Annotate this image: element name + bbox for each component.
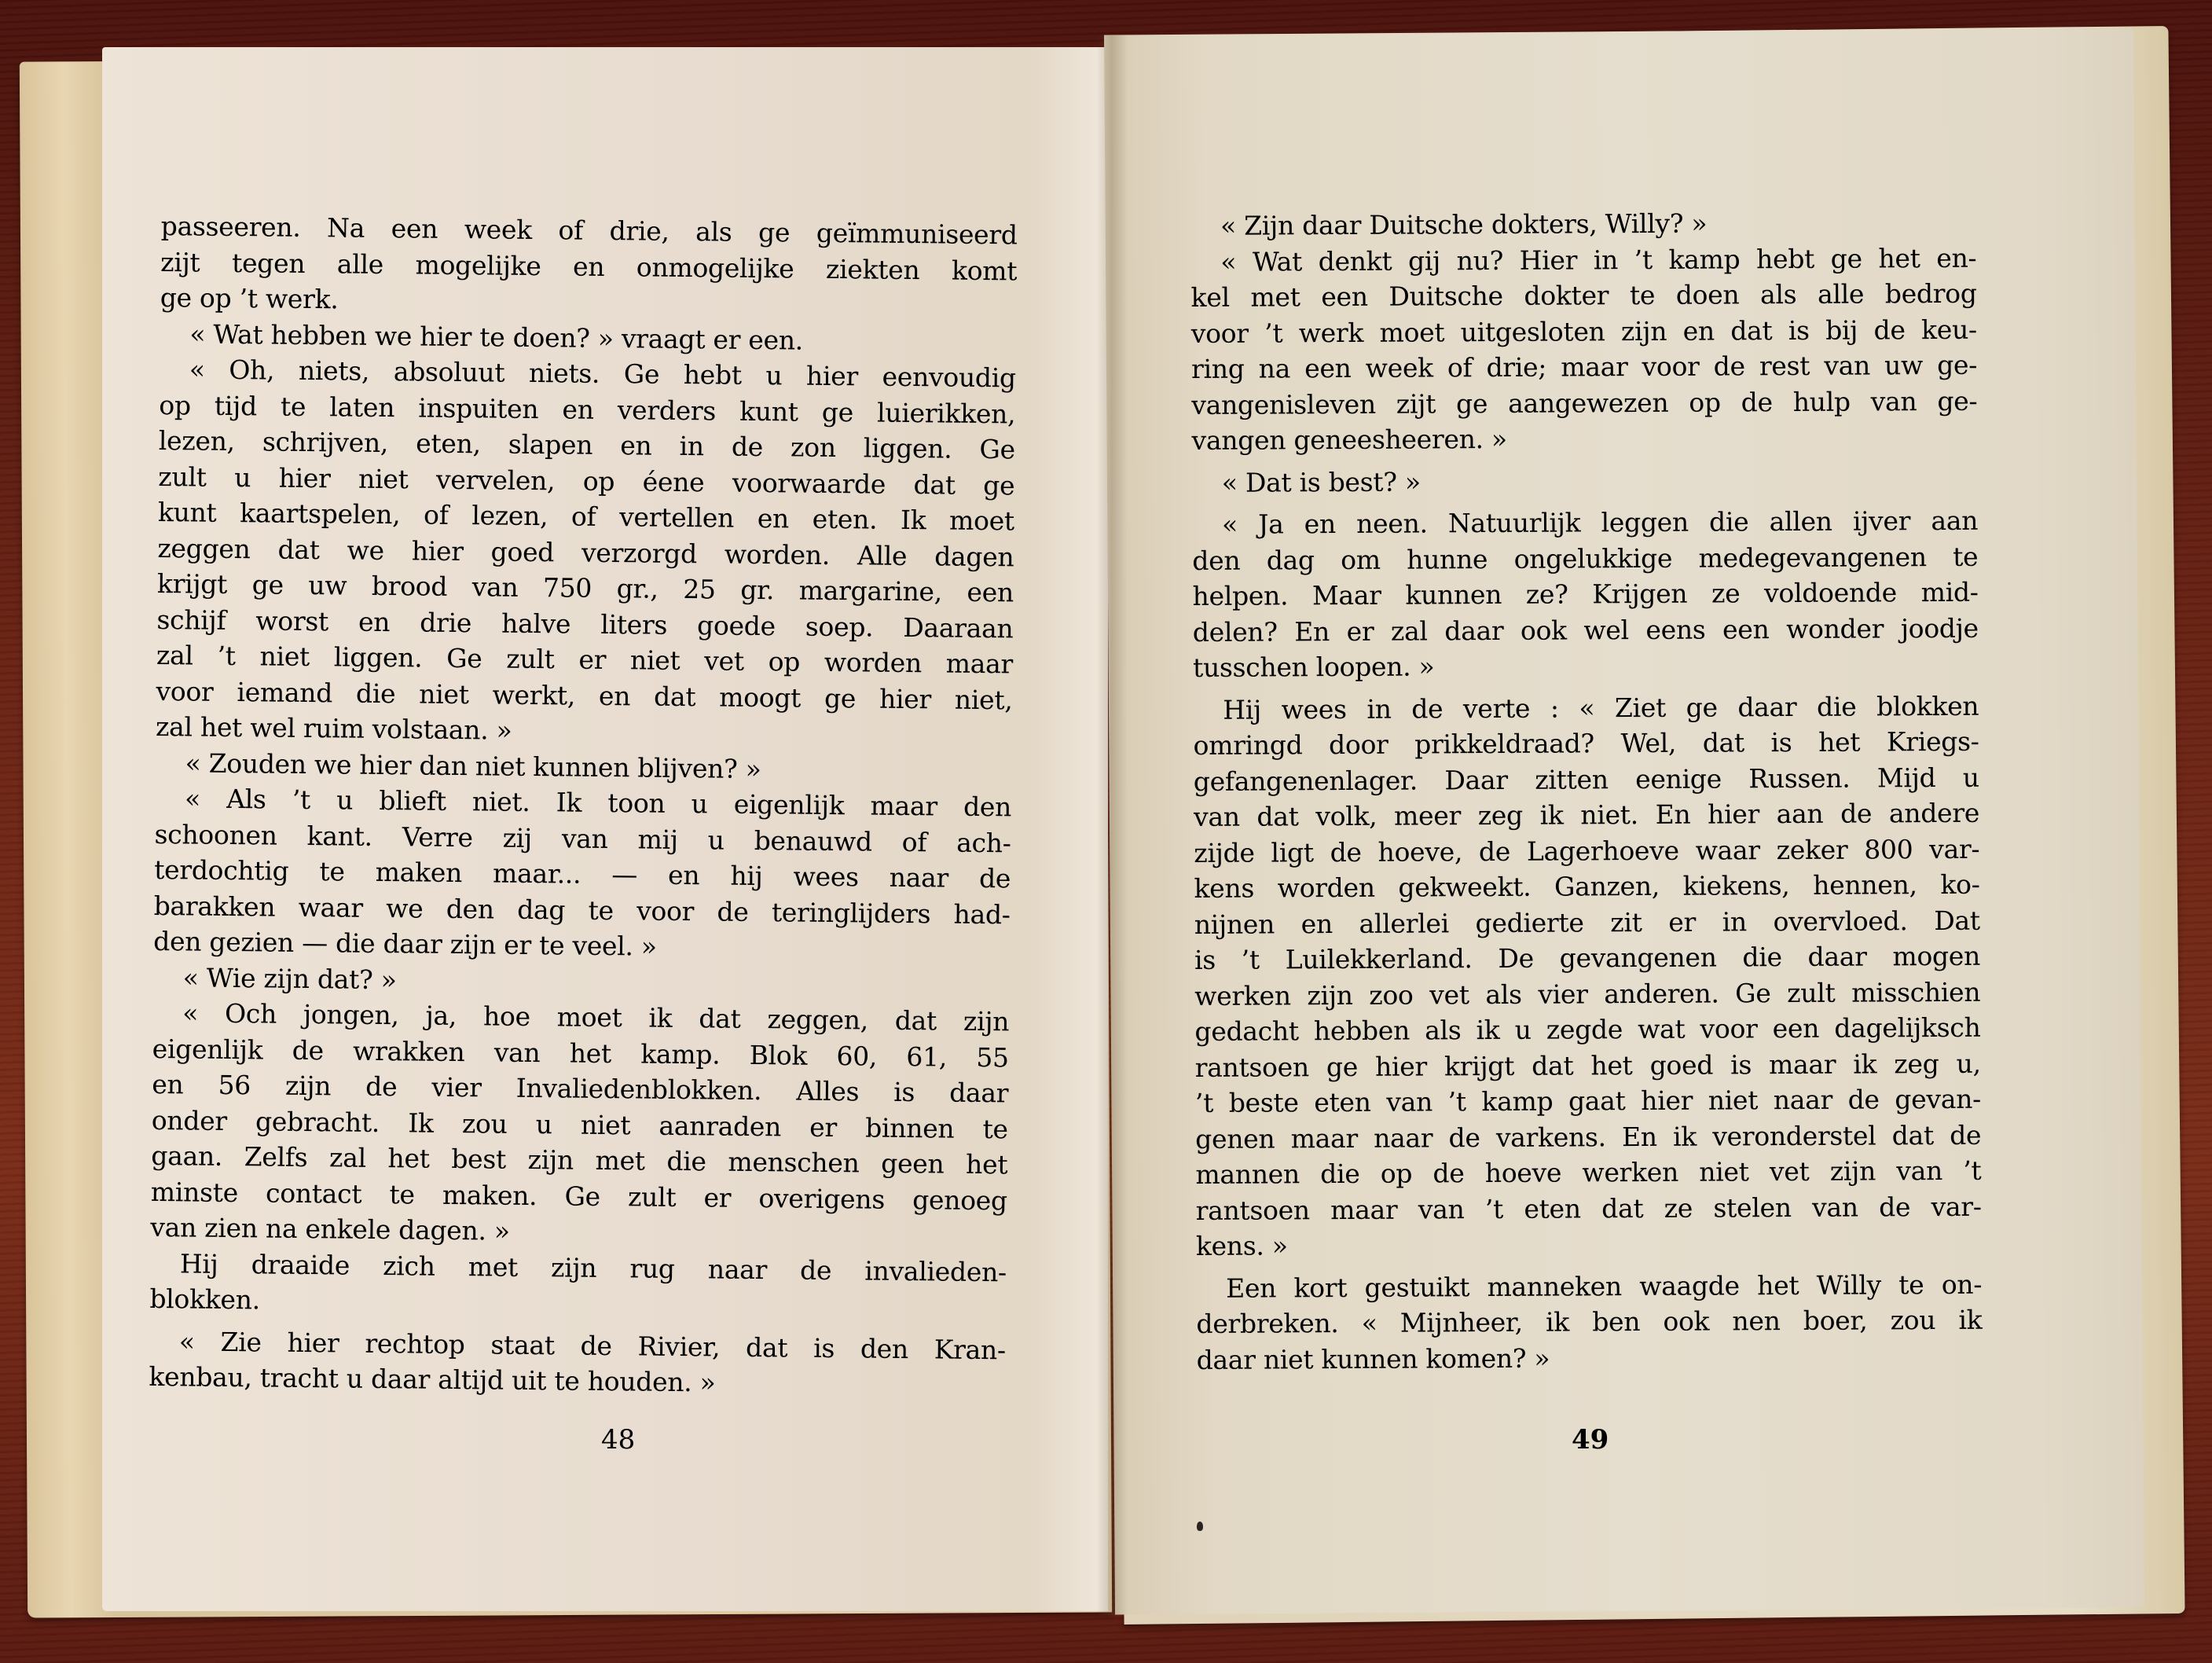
text-line: van dat volk, meer zeg ik niet. En hier … xyxy=(1194,795,1979,835)
text-line: ring na een week of drie; maar voor de r… xyxy=(1191,347,1977,387)
text-line: genen maar naar de varkens. En ik verond… xyxy=(1195,1117,1981,1157)
text-line: werken zijn zoo vet als vier anderen. Ge… xyxy=(1194,974,1980,1014)
text-line: kens worden gekweekt. Ganzen, kiekens, h… xyxy=(1194,867,1979,907)
left-page-number: 48 xyxy=(601,1424,635,1456)
book-gutter xyxy=(1096,35,1128,1615)
text-line: is ’t Luilekkerland. De gevangenen die d… xyxy=(1194,938,1980,978)
text-line: den dag om hunne ongelukkige medegevange… xyxy=(1192,538,1978,578)
text-line: kel met een Duitsche dokter te doen als … xyxy=(1190,276,1976,316)
text-line: derbreken. « Mijnheer, ik ben ook nen bo… xyxy=(1196,1302,1982,1342)
text-line: « Wat denkt gij nu? Hier in ’t kamp hebt… xyxy=(1190,240,1976,280)
text-line: « Ja en neen. Natuurlijk leggen die alle… xyxy=(1192,503,1978,543)
text-line: daar niet kunnen komen? » xyxy=(1197,1338,1983,1378)
text-line: « Zijn daar Duitsche dokters, Willy? » xyxy=(1190,204,1976,244)
text-line: Hij wees in de verte : « Ziet ge daar di… xyxy=(1193,688,1979,728)
text-line: gedacht hebben als ik u zegde wat voor e… xyxy=(1194,1010,1980,1050)
text-line: delen? En er zal daar ook wel eens een w… xyxy=(1193,610,1979,650)
text-line: rantsoen ge hier krijgt dat het goed is … xyxy=(1195,1045,1981,1085)
ink-speck-mark xyxy=(1197,1522,1203,1531)
right-page-body-text: « Zijn daar Duitsche dokters, Willy? »« … xyxy=(1190,204,1983,1378)
text-line: tusschen loopen. » xyxy=(1193,646,1979,686)
text-line: « Dat is best? » xyxy=(1192,461,1978,501)
left-page-body-text: passeeren. Na een week of drie, als ge g… xyxy=(149,208,1018,1404)
text-line: voor ’t werk moet uitgesloten zijn en da… xyxy=(1191,311,1977,351)
text-line: ’t beste eten van ’t kamp gaat hier niet… xyxy=(1195,1081,1981,1122)
text-line: Een kort gestuikt manneken waagde het Wi… xyxy=(1196,1266,1982,1306)
text-line: vangen geneesheeren. » xyxy=(1191,419,1977,459)
text-line: gefangenenlager. Daar zitten eenige Russ… xyxy=(1194,759,1979,799)
text-line: vangenisleven zijt ge aangewezen op de h… xyxy=(1191,383,1977,423)
text-line: rantsoen maar van ’t eten dat ze stelen … xyxy=(1196,1188,1982,1228)
text-line: omringd door prikkeldraad? Wel, dat is h… xyxy=(1193,724,1979,764)
right-page-number: 49 xyxy=(1572,1424,1609,1456)
text-line: nijnen en allerlei gedierte zit er in ov… xyxy=(1194,902,1980,942)
text-line: helpen. Maar kunnen ze? Krijgen ze voldo… xyxy=(1192,575,1978,615)
text-line: zijde ligt de hoeve, de Lagerhoeve waar … xyxy=(1194,831,1979,871)
text-line: kens. » xyxy=(1196,1224,1982,1265)
text-line: mannen die op de hoeve werken niet vet z… xyxy=(1195,1153,1981,1193)
